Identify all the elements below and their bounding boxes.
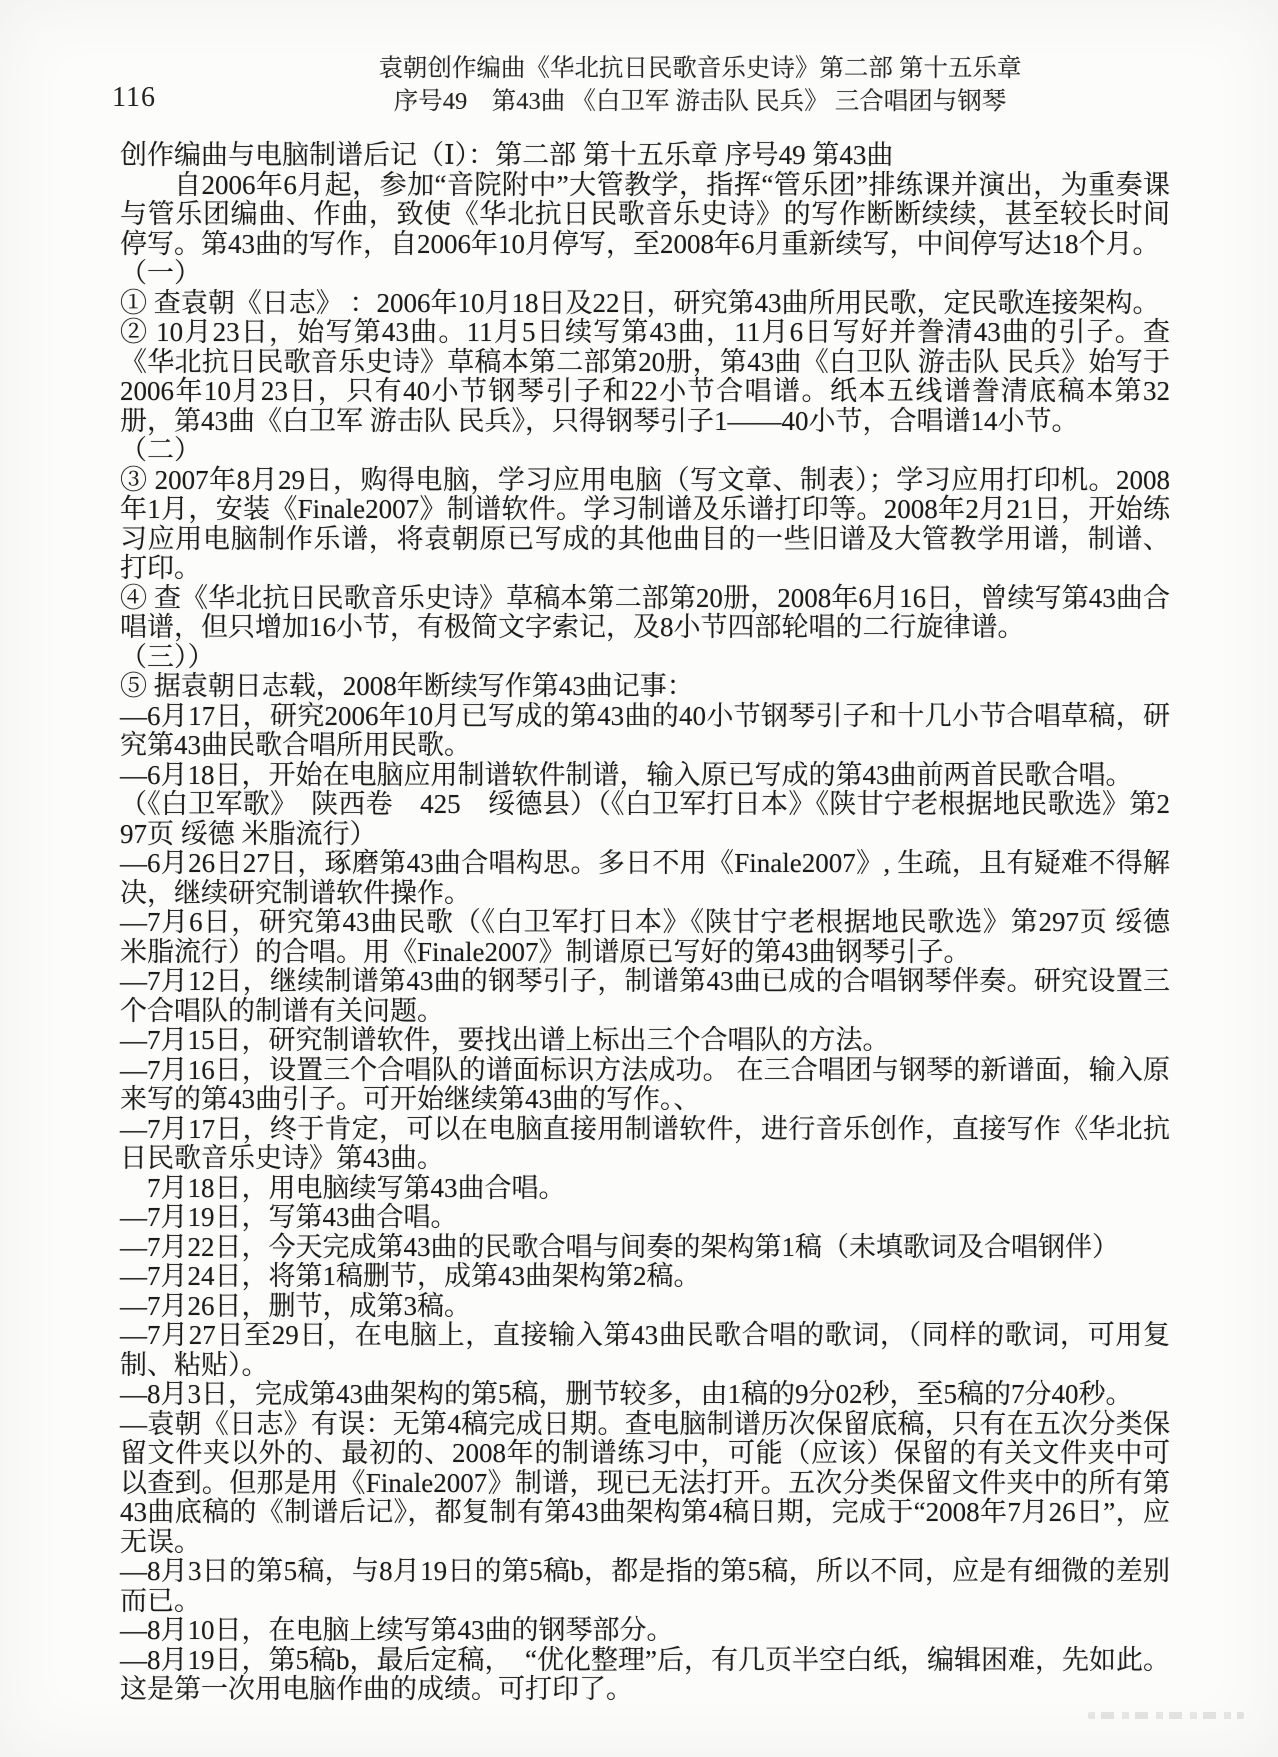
- paragraph: —8月3日的第5稿，与8月19日的第5稿b，都是指的第5稿，所以不同，应是有细微…: [120, 1557, 1170, 1616]
- paragraph: ③ 2007年8月29日，购得电脑，学习应用电脑（写文章、制表）；学习应用打印机…: [120, 466, 1170, 584]
- paragraph: —8月10日，在电脑上续写第43曲的钢琴部分。: [120, 1616, 1170, 1646]
- paragraph: ④ 查《华北抗日民歌音乐史诗》草稿本第二部第20册，2008年6月16日，曾续写…: [120, 584, 1170, 643]
- body-text: 创作编曲与电脑制谱后记（Ⅰ）：第二部 第十五乐章 序号49 第43曲自2006年…: [120, 141, 1170, 1705]
- paragraph: —7月27日至29日，在电脑上，直接输入第43曲民歌合唱的歌词，（同样的歌词，可…: [120, 1321, 1170, 1380]
- paragraph: —7月17日，终于肯定，可以在电脑直接用制谱软件，进行音乐创作，直接写作《华北抗…: [120, 1115, 1170, 1174]
- paragraph: —8月3日，完成第43曲架构的第5稿，删节较多，由1稿的9分02秒，至5稿的7分…: [120, 1380, 1170, 1410]
- page-number: 116: [112, 82, 156, 114]
- paragraph: （一）: [120, 259, 1170, 289]
- paragraph: —7月24日，将第1稿删节，成第43曲架构第2稿。: [120, 1262, 1170, 1292]
- running-header: 袁朝创作编曲《华北抗日民歌音乐史诗》第二部 第十五乐章 序号49 第43曲 《白…: [300, 52, 1100, 118]
- paragraph: —袁朝《日志》有误：无第4稿完成日期。查电脑制谱历次保留底稿，只有在五次分类保留…: [120, 1410, 1170, 1558]
- paragraph: 7月18日，用电脑续写第43曲合唱。: [120, 1174, 1170, 1204]
- scan-watermark-smudge: [1088, 1712, 1244, 1719]
- scanned-document-page: 116 袁朝创作编曲《华北抗日民歌音乐史诗》第二部 第十五乐章 序号49 第43…: [0, 0, 1278, 1757]
- paragraph: —6月18日，开始在电脑应用制谱软件制谱，输入原已写成的第43曲前两首民歌合唱。: [120, 761, 1170, 791]
- paragraph: —7月22日，今天完成第43曲的民歌合唱与间奏的架构第1稿（未填歌词及合唱钢伴）: [120, 1233, 1170, 1263]
- paragraph: （三））: [120, 643, 1170, 673]
- running-header-line-2: 序号49 第43曲 《白卫军 游击队 民兵》 三合唱团与钢琴: [300, 85, 1100, 118]
- paragraph: ① 查袁朝《日志》 ：2006年10月18日及22日，研究第43曲所用民歌，定民…: [120, 289, 1170, 319]
- paragraph: —7月26日，删节，成第3稿。: [120, 1292, 1170, 1322]
- paragraph: —7月19日，写第43曲合唱。: [120, 1203, 1170, 1233]
- running-header-line-1: 袁朝创作编曲《华北抗日民歌音乐史诗》第二部 第十五乐章: [300, 52, 1100, 85]
- paragraph: —8月19日，第5稿b，最后定稿， “优化整理”后，有几页半空白纸，编辑困难，先…: [120, 1646, 1170, 1705]
- paragraph: ⑤ 据袁朝日志载，2008年断续写作第43曲记事：: [120, 672, 1170, 702]
- paragraph: —6月17日，研究2006年10月已写成的第43曲的40小节钢琴引子和十几小节合…: [120, 702, 1170, 761]
- paragraph: —7月15日，研究制谱软件，要找出谱上标出三个合唱队的方法。: [120, 1026, 1170, 1056]
- paragraph: —7月12日，继续制谱第43曲的钢琴引子，制谱第43曲已成的合唱钢琴伴奏。研究设…: [120, 967, 1170, 1026]
- paragraph: 创作编曲与电脑制谱后记（Ⅰ）：第二部 第十五乐章 序号49 第43曲: [120, 141, 1170, 171]
- paragraph: （二）: [120, 436, 1170, 466]
- paragraph: —7月6日，研究第43曲民歌（《白卫军打日本》《陕甘宁老根据地民歌选》第297页…: [120, 908, 1170, 967]
- paragraph: —7月16日，设置三个合唱队的谱面标识方法成功。 在三合唱团与钢琴的新谱面，输入…: [120, 1056, 1170, 1115]
- paragraph: （《白卫军歌》 陕西卷 425 绥德县）（《白卫军打日本》《陕甘宁老根据地民歌选…: [120, 790, 1170, 849]
- paragraph: ② 10月23日，始写第43曲。11月5日续写第43曲，11月6日写好并誊清43…: [120, 318, 1170, 436]
- paragraph: —6月26日27日，琢磨第43曲合唱构思。多日不用《Finale2007》, 生…: [120, 849, 1170, 908]
- paragraph: 自2006年6月起，参加“音院附中”大管教学，指挥“管乐团”排练课并演出，为重奏…: [120, 171, 1170, 260]
